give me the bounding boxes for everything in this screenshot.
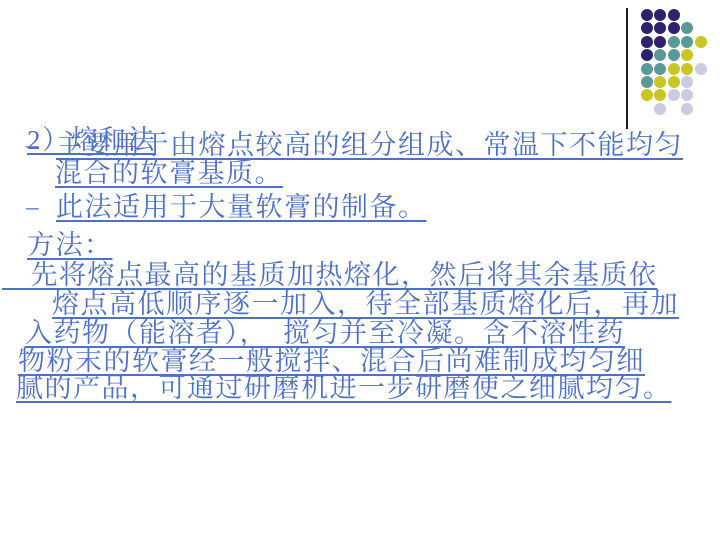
text-line: 腻的产品，可通过研磨机进一步研磨使之细腻均匀。 xyxy=(0,374,720,404)
ornament-dot-dark-indigo xyxy=(641,22,653,34)
text-line: –此法适用于大量软膏的制备。 xyxy=(0,193,720,223)
ornament-dot-yellow-green xyxy=(668,63,680,75)
line-text: 混合的软膏基质。 xyxy=(55,159,283,188)
ornament-dot-dark-indigo xyxy=(641,9,653,21)
line-text: 物粉末的软膏经一般搅拌、混合后尚难制成均匀细 xyxy=(18,347,645,376)
ornament-dot-teal xyxy=(641,76,653,88)
text-line: 入药物（能溶者）， 搅匀并至冷凝。含不溶性药 xyxy=(0,319,720,349)
text-line: 先将熔点最高的基质加热熔化，然后将其余基质依 xyxy=(0,261,720,291)
ornament-dot-teal xyxy=(641,63,653,75)
bullet-dash: – xyxy=(26,131,40,160)
ornament-dot-yellow-green xyxy=(654,76,666,88)
line-text: 先将熔点最高的基质加热熔化，然后将其余基质依 xyxy=(2,261,658,290)
line-text: 此法适用于大量软膏的制备。 xyxy=(56,193,427,222)
text-line: 混合的软膏基质。 xyxy=(0,159,720,189)
line-text: 腻的产品，可通过研磨机进一步研磨使之细腻均匀。 xyxy=(16,374,672,403)
ornament-dot-teal xyxy=(668,36,680,48)
ornament-dot-teal xyxy=(654,63,666,75)
ornament-dot-dark-indigo xyxy=(654,36,666,48)
ornament-dot-dark-indigo xyxy=(668,9,680,21)
ornament-dot-dark-indigo xyxy=(641,36,653,48)
ornament-dot-dark-indigo xyxy=(654,22,666,34)
ornament-dot-pale-lavender xyxy=(681,76,693,88)
line-text: 主要用于由熔点较高的组分组成、常温下不能均匀 xyxy=(56,131,683,160)
text-line: 熔点高低顺序逐一加入，待全部基质熔化后，再加 xyxy=(0,290,720,320)
vertical-rule xyxy=(626,8,628,129)
ornament-dot-yellow-green xyxy=(695,36,707,48)
text-line: –主要用于由熔点较高的组分组成、常温下不能均匀 xyxy=(0,131,720,161)
ornament-dot-teal xyxy=(654,49,666,61)
ornament-dot-dark-indigo xyxy=(641,49,653,61)
line-text: 入药物（能溶者）， 搅匀并至冷凝。含不溶性药 xyxy=(25,319,625,348)
ornament-dot-yellow-green xyxy=(681,49,693,61)
ornament-dot-dark-indigo xyxy=(654,9,666,21)
ornament-dot-yellow-green xyxy=(668,76,680,88)
line-text: 方法： xyxy=(27,231,113,260)
slide-title-line: 2）熔和法 xyxy=(0,97,720,127)
ornament-dot-yellow-green xyxy=(681,63,693,75)
ornament-dot-pale-lavender xyxy=(681,103,693,115)
bullet-dash: – xyxy=(26,193,40,222)
ornament-dot-teal xyxy=(668,49,680,61)
ornament-dot-teal xyxy=(681,22,693,34)
ornament-dot-pale-lavender xyxy=(695,63,707,75)
text-line: 方法： xyxy=(0,231,720,261)
ornament-dot-teal xyxy=(681,36,693,48)
slide-canvas: 2）熔和法 –主要用于由熔点较高的组分组成、常温下不能均匀混合的软膏基质。–此法… xyxy=(0,0,720,540)
line-text: 熔点高低顺序逐一加入，待全部基质熔化后，再加 xyxy=(52,290,679,319)
ornament-dot-dark-indigo xyxy=(668,22,680,34)
